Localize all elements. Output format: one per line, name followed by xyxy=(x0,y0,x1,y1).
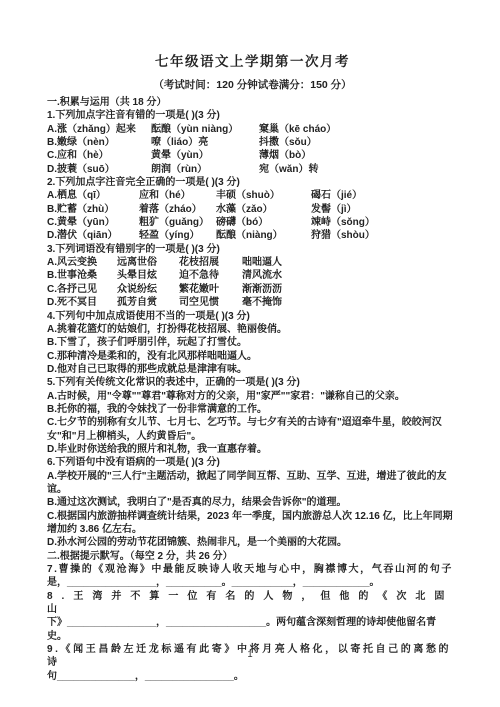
option-cell: 酝酿（yùn niàng） xyxy=(151,123,259,136)
option-cell: 酝酿（niàng） xyxy=(216,229,311,242)
option-cell: 头晕目炫 xyxy=(117,269,179,282)
page-title: 七年级语文上学期第一次月考 xyxy=(47,50,458,70)
option-cell: 薄烟（bò） xyxy=(259,149,311,162)
option-cell: D.潜伏（qiān） xyxy=(47,229,139,242)
q1-stem: 1.下列加点字注音有错的一项是( )(3 分) xyxy=(47,109,458,122)
exam-info-line: （考试时间：120 分钟试卷满分：150 分） xyxy=(47,77,458,92)
q6-option-b: B.通过这次测试，我明白了"是否真的尽力，结果会告诉你"的道理。 xyxy=(47,496,458,509)
option-cell: 粗犷（guǎng） xyxy=(139,216,216,229)
option-cell: 朗润（rùn） xyxy=(151,163,259,176)
q1-option-a: A.涨（zhǎng）起来 酝酿（yùn niàng） 窠巢（kē cháo） xyxy=(47,123,458,136)
option-cell: B.嫩绿（nèn） xyxy=(47,136,151,149)
option-cell: 窠巢（kē cháo） xyxy=(259,123,336,136)
q4-option-a: A.挑着花篮灯的姑娘们，打扮得花枝招展、艳丽俊俏。 xyxy=(47,323,458,336)
option-cell: 嘹（liáo）亮 xyxy=(151,136,259,149)
q3-option-a: A.风云变换 远离世俗 花枝招展 咄咄逼人 xyxy=(47,256,458,269)
q2-option-c: C.黄晕（yūn） 粗犷（guǎng） 磅礴（bó） 竦峙（sǒng） xyxy=(47,216,458,229)
option-cell: C.各抒己见 xyxy=(47,283,117,296)
section-2-heading: 二.根据提示默写。（每空 2 分，共 26 分） xyxy=(47,550,458,563)
q6-option-d: D.孙水河公园的劳动节花团锦簇、热闹非凡，是一个美丽的大花园。 xyxy=(47,536,458,549)
q6-stem: 6.下列语句中没有语病的一项是( )(3 分) xyxy=(47,456,458,469)
q5-option-d: D.毕业时你送给我的照片和礼物，我一直惠存着。 xyxy=(47,443,458,456)
option-cell: D.披蓑（suō） xyxy=(47,163,151,176)
q8-line-2-blanks: 下》________________，__________________。两句… xyxy=(47,616,458,629)
q2-stem: 2.下列加点字注音完全正确的一项是( )(3 分) xyxy=(47,176,458,189)
option-cell: 远离世俗 xyxy=(117,256,179,269)
q5-option-b: B.托你的福，我的令妹找了一份非常满意的工作。 xyxy=(47,403,458,416)
option-cell: A.风云变换 xyxy=(47,256,117,269)
option-cell: 黄晕（yùn） xyxy=(151,149,259,162)
section-1-heading: 一.积累与运用（共 18 分） xyxy=(47,96,458,109)
option-cell: 狩猎（shòu） xyxy=(311,229,375,242)
option-cell: 抖擞（sǒu） xyxy=(259,136,317,149)
q7-line-2-blanks: 是，________________，__________。__________… xyxy=(47,576,458,589)
option-cell: 司空见惯 xyxy=(179,296,242,309)
option-cell: D.死不冥目 xyxy=(47,296,117,309)
q8-line-3: 史。 xyxy=(47,630,458,643)
option-cell: C.黄晕（yūn） xyxy=(47,216,139,229)
q5-option-c: C.七夕节的别称有女儿节、七月七、乞巧节。与七夕有关的古诗有"迢迢牵牛星，皎皎河… xyxy=(47,416,458,443)
q1-option-d: D.披蓑（suō） 朗润（rùn） 宛（wǎn）转 xyxy=(47,163,458,176)
q7-line-1: 7.曹操的《观沧海》中最能反映诗人收天地与心中，胸襟博大，气吞山河的句子 xyxy=(47,563,458,576)
option-cell: 迫不急待 xyxy=(179,269,242,282)
option-cell: 丰硕（shuò） xyxy=(216,189,311,202)
option-cell: A.涨（zhǎng）起来 xyxy=(47,123,151,136)
q6-option-a: A.学校开展的"三人行"主题活动，掀起了同学间互帮、互助、互学、互进，增进了彼此… xyxy=(47,470,458,497)
option-cell: 众说纷纭 xyxy=(117,283,179,296)
option-cell: 发髻（jì） xyxy=(311,203,357,216)
q4-option-b: B.下雪了，孩子们呼朋引伴，玩起了打雪仗。 xyxy=(47,336,458,349)
option-cell: 碣石（jié） xyxy=(311,189,362,202)
q3-option-d: D.死不冥目 孤芳自赏 司空见惯 毫不掩饰 xyxy=(47,296,458,309)
option-cell: 花枝招展 xyxy=(179,256,242,269)
q5-option-a: A.古时候，用"令尊""尊君"尊称对方的父亲，用"家严""家君："谦称自己的父亲… xyxy=(47,390,458,403)
option-cell: 应和（hé） xyxy=(139,189,216,202)
q2-option-a: A.栖息（qī） 应和（hé） 丰硕（shuò） 碣石（jié） xyxy=(47,189,458,202)
option-cell: C.应和（hè） xyxy=(47,149,151,162)
q6-option-c: C.根据国内旅游抽样调查统计结果，2023 年一季度，国内旅游总人次 12.16… xyxy=(47,510,458,537)
q9-line-2-blanks: 句______________，________________。 xyxy=(47,670,458,683)
option-cell: 孤芳自赏 xyxy=(117,296,179,309)
q2-option-b: B.贮蓄（zhù） 着落（zháo） 水藻（zǎo） 发髻（jì） xyxy=(47,203,458,216)
option-cell: B.贮蓄（zhù） xyxy=(47,203,139,216)
q4-stem: 4.下列句中加点成语使用不当的一项是( )(3 分) xyxy=(47,310,458,323)
q1-option-b: B.嫩绿（nèn） 嘹（liáo）亮 抖擞（sǒu） xyxy=(47,136,458,149)
q1-option-c: C.应和（hè） 黄晕（yùn） 薄烟（bò） xyxy=(47,149,458,162)
exam-paper: 七年级语文上学期第一次月考 （考试时间：120 分钟试卷满分：150 分） 一.… xyxy=(0,0,500,683)
page-number: 1 xyxy=(0,649,500,660)
option-cell: 水藻（zǎo） xyxy=(216,203,311,216)
option-cell: A.栖息（qī） xyxy=(47,189,139,202)
option-cell: B.世事沧桑 xyxy=(47,269,117,282)
option-cell: 轻盈（yíng） xyxy=(139,229,216,242)
q8-line-1: 8.王湾并不算一位有名的人物，但他的《次北固山 xyxy=(47,590,458,617)
option-cell: 清风流水 xyxy=(242,269,282,282)
option-cell: 毫不掩饰 xyxy=(242,296,282,309)
q3-option-b: B.世事沧桑 头晕目炫 迫不急待 清风流水 xyxy=(47,269,458,282)
q3-stem: 3.下列词语没有错别字的一项是( )(3 分) xyxy=(47,243,458,256)
option-cell: 宛（wǎn）转 xyxy=(259,163,318,176)
q4-option-d: D.他对自己已取得的那些成就总是津津有味。 xyxy=(47,363,458,376)
option-cell: 渐渐沥沥 xyxy=(242,283,282,296)
option-cell: 繁花嫩叶 xyxy=(179,283,242,296)
option-cell: 磅礴（bó） xyxy=(216,216,311,229)
option-cell: 着落（zháo） xyxy=(139,203,216,216)
q2-option-d: D.潜伏（qiān） 轻盈（yíng） 酝酿（niàng） 狩猎（shòu） xyxy=(47,229,458,242)
option-cell: 咄咄逼人 xyxy=(242,256,282,269)
option-cell: 竦峙（sǒng） xyxy=(311,216,375,229)
q4-option-c: C.那种清冷是柔和的，没有北风那样咄咄逼人。 xyxy=(47,350,458,363)
q3-option-c: C.各抒己见 众说纷纭 繁花嫩叶 渐渐沥沥 xyxy=(47,283,458,296)
q5-stem: 5.下列有关传统文化常识的表述中，正确的一项是( )(3 分) xyxy=(47,376,458,389)
